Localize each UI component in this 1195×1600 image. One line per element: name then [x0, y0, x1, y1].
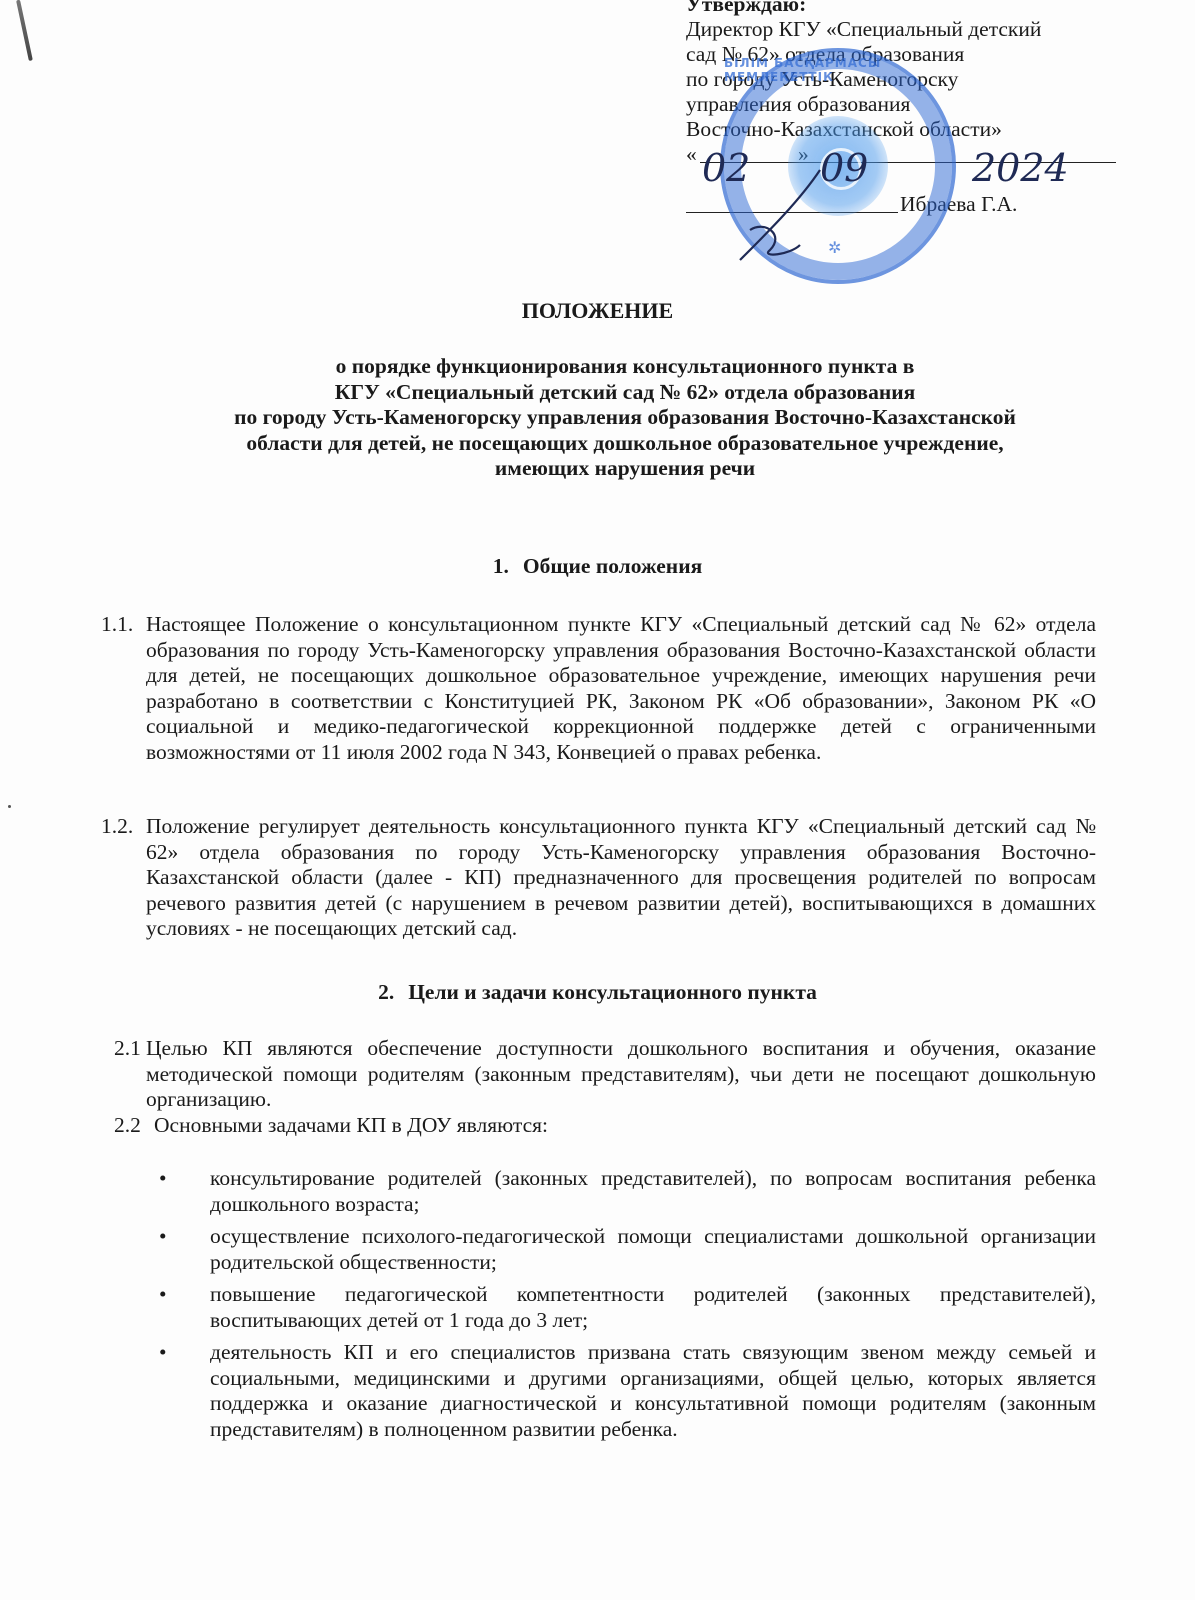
- section-title: Общие положения: [523, 554, 702, 578]
- paragraph-2-2: 2.2 Основными задачами КП в ДОУ являются…: [124, 1113, 1074, 1139]
- bullet-icon: •: [159, 1340, 167, 1366]
- subtitle-line: области для детей, не посещающих дошколь…: [150, 431, 1100, 457]
- approval-line: Директор КГУ «Специальный детский: [686, 17, 1186, 42]
- subtitle-line: КГУ «Специальный детский сад № 62» отдел…: [150, 380, 1100, 406]
- bullet-icon: •: [159, 1224, 167, 1250]
- section-title: Цели и задачи консультационного пункта: [408, 980, 817, 1004]
- list-item-text: консультирование родителей (законных пре…: [210, 1166, 1096, 1217]
- list-item-text: повышение педагогической компетентности …: [210, 1282, 1096, 1333]
- paragraph-text: Основными задачами КП в ДОУ являются:: [124, 1113, 1074, 1139]
- paragraph-2-1: 2.1 Целью КП являются обеспечение доступ…: [146, 1036, 1096, 1113]
- paragraph-text: Настоящее Положение о консультационном п…: [146, 612, 1096, 765]
- list-item-text: осуществление психолого-педагогической п…: [210, 1224, 1096, 1275]
- list-item: • деятельность КП и его специалистов при…: [210, 1340, 1096, 1442]
- approval-heading: Утверждаю:: [686, 0, 1186, 17]
- handwritten-year: 2024: [972, 146, 1069, 190]
- section-number: 1.: [493, 554, 509, 578]
- paragraph-number: 2.2: [114, 1113, 141, 1139]
- list-item: • осуществление психолого-педагогической…: [210, 1224, 1096, 1275]
- bullet-icon: •: [159, 1282, 167, 1308]
- list-item: • повышение педагогической компетентност…: [210, 1282, 1096, 1333]
- subtitle-line: о порядке функционирования консультацион…: [150, 354, 1100, 380]
- section-number: 2.: [378, 980, 394, 1004]
- paragraph-text: Целью КП являются обеспечение доступност…: [146, 1036, 1096, 1113]
- bullet-icon: •: [159, 1166, 167, 1192]
- paragraph-1-1: 1.1. Настоящее Положение о консультацион…: [146, 612, 1096, 765]
- signature-scribble-icon: [730, 160, 840, 270]
- document-title: ПОЛОЖЕНИЕ: [0, 298, 1195, 324]
- paragraph-number: 1.2.: [101, 814, 133, 840]
- list-item: • консультирование родителей (законных п…: [210, 1166, 1096, 1217]
- paragraph-number: 1.1.: [101, 612, 133, 638]
- scan-artifact-mark: [16, 0, 33, 61]
- section-heading-2: 2.Цели и задачи консультационного пункта: [0, 980, 1195, 1005]
- subtitle-line: имеющих нарушения речи: [150, 456, 1100, 482]
- section-heading-1: 1.Общие положения: [0, 554, 1195, 579]
- date-open-quote: «: [686, 142, 697, 166]
- scan-artifact-dot: [8, 805, 11, 808]
- document-subtitle: о порядке функционирования консультацион…: [150, 354, 1100, 482]
- subtitle-line: по городу Усть-Каменогорску управления о…: [150, 405, 1100, 431]
- paragraph-number: 2.1: [114, 1036, 141, 1062]
- paragraph-1-2: 1.2. Положение регулирует деятельность к…: [146, 814, 1096, 942]
- list-item-text: деятельность КП и его специалистов призв…: [210, 1340, 1096, 1442]
- paragraph-text: Положение регулирует деятельность консул…: [146, 814, 1096, 942]
